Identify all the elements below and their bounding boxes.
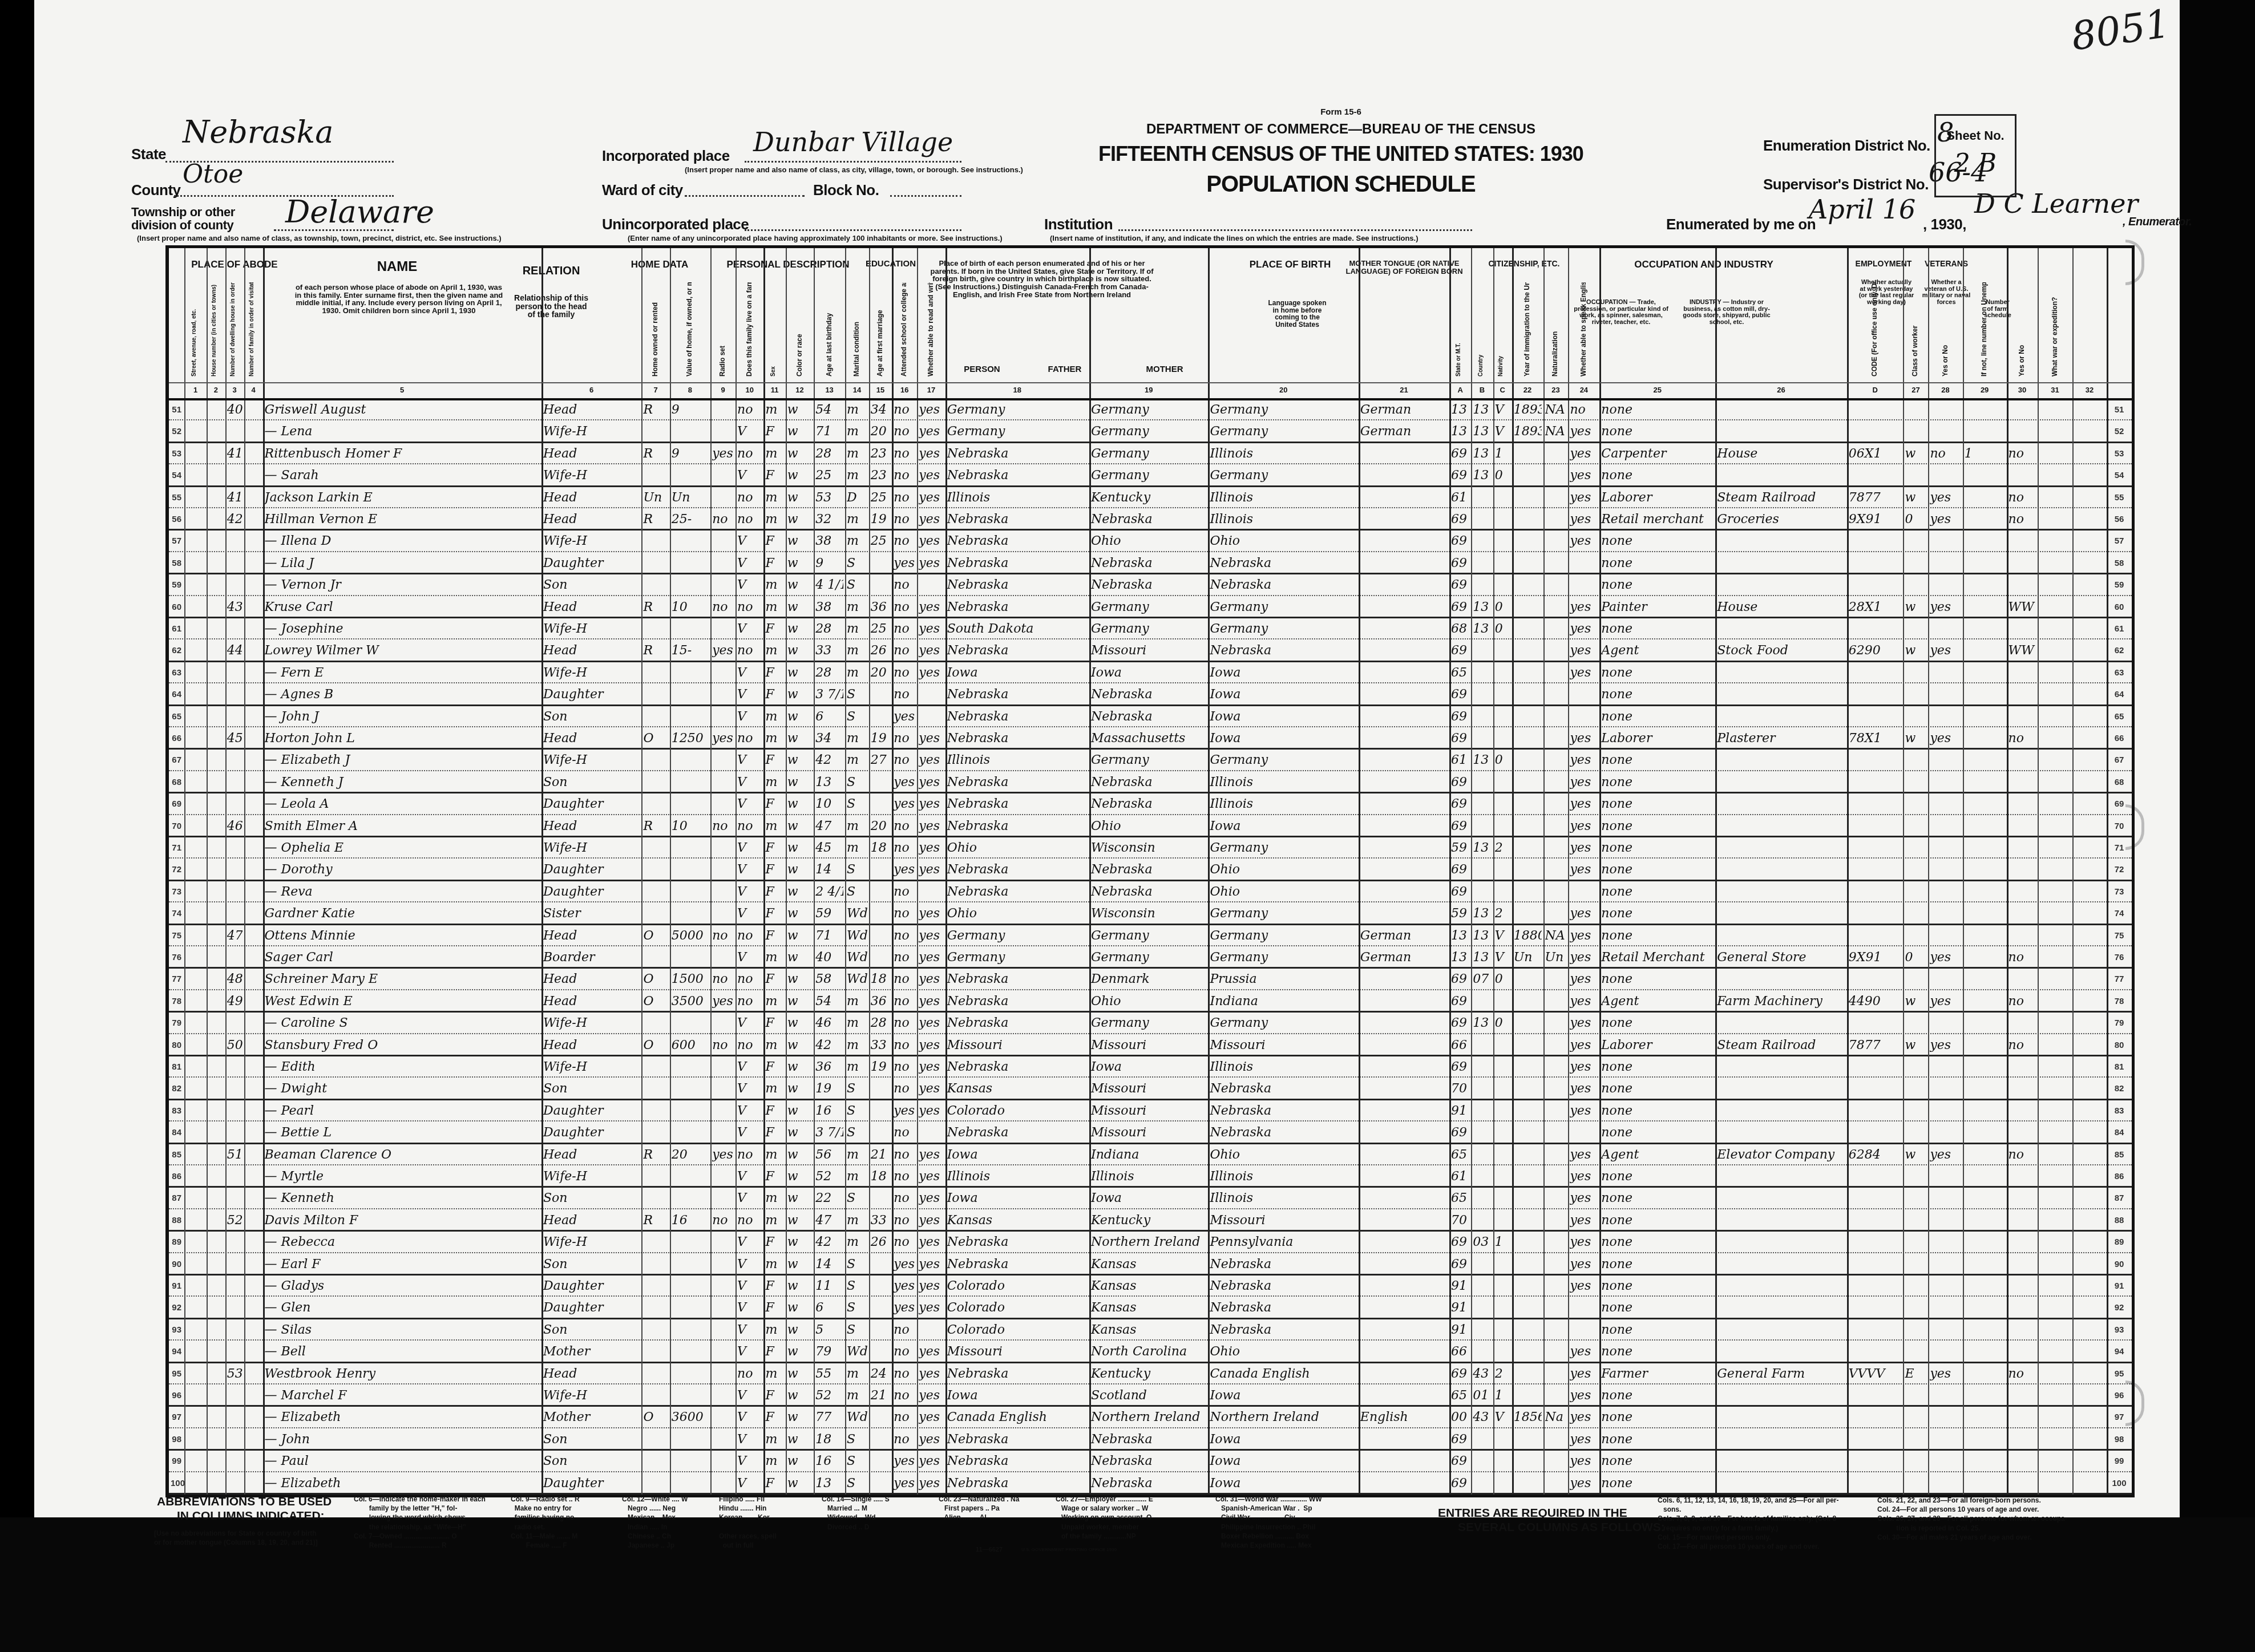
cell-war[interactable] <box>2039 816 2070 837</box>
cell-pb[interactable]: Nebraska <box>947 1122 1088 1144</box>
cell-pb[interactable]: Nebraska <box>947 443 1088 465</box>
cell-a[interactable]: 69 <box>1451 816 1469 837</box>
cell-a[interactable]: 70 <box>1451 1078 1469 1100</box>
cell-c[interactable]: 0 <box>1495 969 1510 990</box>
dwelling-number[interactable]: 41 <box>227 443 243 465</box>
cell-age[interactable]: 18 <box>815 1429 843 1451</box>
cell-code[interactable]: 7877 <box>1849 1035 1902 1056</box>
cell-agem[interactable]: 20 <box>871 662 891 684</box>
cell-read[interactable]: yes <box>919 1276 943 1297</box>
cell-code[interactable] <box>1849 531 1902 552</box>
cell-pb[interactable]: Colorado <box>947 1100 1088 1122</box>
table-row[interactable]: 94— BellMotherVFw79WdnoyesMissouriNorth … <box>169 1341 2132 1363</box>
cell-age[interactable]: 5 <box>815 1319 843 1341</box>
dwelling-number[interactable]: 47 <box>227 925 243 947</box>
cell-occ[interactable]: none <box>1601 969 1714 990</box>
cell-name[interactable]: Davis Milton F <box>265 1210 540 1232</box>
cell-race[interactable]: w <box>787 991 812 1013</box>
cell-farm[interactable]: V <box>737 837 762 859</box>
cell-rel[interactable]: Head <box>543 728 640 750</box>
cell-unemp[interactable] <box>1965 1385 2005 1407</box>
cell-age[interactable]: 32 <box>815 509 843 531</box>
cell-cls[interactable]: w <box>1905 487 1926 509</box>
cell-vet[interactable] <box>2009 925 2036 947</box>
cell-unemp[interactable] <box>1965 837 2005 859</box>
cell-read[interactable]: yes <box>919 1100 943 1122</box>
cell-farm[interactable]: V <box>737 1100 762 1122</box>
cell-name[interactable]: Kruse Carl <box>265 597 540 618</box>
cell-sex[interactable]: F <box>765 1341 783 1363</box>
cell-a[interactable]: 91 <box>1451 1276 1469 1297</box>
cell-nat[interactable] <box>1545 1056 1567 1078</box>
cell-c[interactable] <box>1495 1319 1510 1341</box>
cell-code[interactable]: 9X91 <box>1849 947 1902 969</box>
cell-nat[interactable] <box>1545 1144 1567 1166</box>
cell-work[interactable]: yes <box>1930 947 1961 969</box>
cell-race[interactable]: w <box>787 1341 812 1363</box>
cell-sch[interactable]: yes <box>894 772 915 793</box>
cell-race[interactable]: w <box>787 1122 812 1144</box>
cell-agem[interactable]: 20 <box>871 421 891 443</box>
cell-vet[interactable] <box>2009 1473 2036 1495</box>
table-row[interactable]: 59— Vernon JrSonVmw4 1/12SnoNebraskaNebr… <box>169 574 2132 596</box>
cell-fb[interactable]: Illinois <box>1091 1166 1206 1188</box>
cell-code[interactable] <box>1849 399 1902 421</box>
cell-b[interactable] <box>1473 574 1491 596</box>
cell-code[interactable] <box>1849 1013 1902 1034</box>
cell-eng[interactable]: yes <box>1570 487 1598 509</box>
cell-sch[interactable]: no <box>894 1188 915 1209</box>
cell-work[interactable]: yes <box>1930 509 1961 531</box>
cell-own[interactable]: R <box>643 597 668 618</box>
cell-mar[interactable]: m <box>847 509 867 531</box>
cell-fb[interactable]: Kentucky <box>1091 1363 1206 1385</box>
cell-c[interactable]: 0 <box>1495 750 1510 771</box>
cell-ind[interactable] <box>1717 750 1845 771</box>
cell-code[interactable] <box>1849 881 1902 903</box>
cell-imm[interactable] <box>1514 597 1542 618</box>
cell-occ[interactable]: none <box>1601 1232 1714 1253</box>
cell-b[interactable] <box>1473 531 1491 552</box>
cell-age[interactable]: 42 <box>815 1232 843 1253</box>
cell-farm[interactable]: V <box>737 1078 762 1100</box>
cell-a[interactable]: 65 <box>1451 1144 1469 1166</box>
cell-war[interactable] <box>2039 772 2070 793</box>
cell-sex[interactable]: m <box>765 509 783 531</box>
cell-ind[interactable] <box>1717 1429 1845 1451</box>
cell-ind[interactable] <box>1717 574 1845 596</box>
cell-sex[interactable]: m <box>765 1319 783 1341</box>
cell-ind[interactable] <box>1717 421 1845 443</box>
cell-val[interactable]: 10 <box>672 816 709 837</box>
cell-agem[interactable] <box>871 925 891 947</box>
cell-imm[interactable] <box>1514 706 1542 728</box>
cell-cls[interactable] <box>1905 969 1926 990</box>
dwelling-number[interactable]: 44 <box>227 640 243 662</box>
cell-tongue[interactable] <box>1360 662 1448 684</box>
cell-name[interactable]: — Bettie L <box>265 1122 540 1144</box>
cell-val[interactable]: 3500 <box>672 991 709 1013</box>
cell-nat[interactable] <box>1545 1078 1567 1100</box>
cell-c[interactable]: 0 <box>1495 597 1510 618</box>
cell-name[interactable]: Smith Elmer A <box>265 816 540 837</box>
cell-imm[interactable]: 1893 <box>1514 399 1542 421</box>
cell-own[interactable] <box>643 947 668 969</box>
cell-a[interactable]: 59 <box>1451 837 1469 859</box>
cell-c[interactable] <box>1495 859 1510 881</box>
cell-farm[interactable]: no <box>737 1035 762 1056</box>
table-row[interactable]: 96— Marchel FWife-HVFw52m21noyesIowaScot… <box>169 1385 2132 1407</box>
cell-a[interactable]: 69 <box>1451 728 1469 750</box>
cell-radio[interactable] <box>712 1188 734 1209</box>
cell-mb[interactable]: Ohio <box>1210 881 1356 903</box>
table-row[interactable]: 64— Agnes BDaughterVFw3 7/12SnoNebraskaN… <box>169 684 2132 706</box>
cell-unemp[interactable] <box>1965 1013 2005 1034</box>
cell-agem[interactable] <box>871 706 891 728</box>
cell-work[interactable] <box>1930 465 1961 487</box>
cell-name[interactable]: Griswell August <box>265 399 540 421</box>
cell-a[interactable]: 69 <box>1451 1451 1469 1472</box>
cell-b[interactable] <box>1473 1035 1491 1056</box>
cell-sch[interactable]: yes <box>894 1297 915 1319</box>
table-row[interactable]: 5642Hillman Vernon EHeadR25-nonomw32m19n… <box>169 509 2132 531</box>
cell-nat[interactable]: NA <box>1545 925 1567 947</box>
cell-unemp[interactable] <box>1965 969 2005 990</box>
cell-mb[interactable]: Germany <box>1210 925 1356 947</box>
cell-rel[interactable]: Wife-H <box>543 1232 640 1253</box>
cell-read[interactable]: yes <box>919 1166 943 1188</box>
cell-read[interactable]: yes <box>919 1035 943 1056</box>
cell-occ[interactable]: none <box>1601 859 1714 881</box>
cell-sch[interactable]: no <box>894 1210 915 1232</box>
cell-own[interactable] <box>643 1297 668 1319</box>
cell-occ[interactable]: none <box>1601 662 1714 684</box>
cell-occ[interactable]: none <box>1601 1254 1714 1276</box>
cell-race[interactable]: w <box>787 574 812 596</box>
cell-occ[interactable]: Agent <box>1601 991 1714 1013</box>
cell-eng[interactable]: yes <box>1570 618 1598 640</box>
cell-code[interactable] <box>1849 662 1902 684</box>
cell-cls[interactable] <box>1905 421 1926 443</box>
cell-imm[interactable] <box>1514 1297 1542 1319</box>
cell-a[interactable]: 13 <box>1451 399 1469 421</box>
cell-c[interactable] <box>1495 640 1510 662</box>
cell-eng[interactable]: yes <box>1570 1188 1598 1209</box>
cell-race[interactable]: w <box>787 793 812 815</box>
cell-age[interactable]: 52 <box>815 1385 843 1407</box>
cell-vet[interactable] <box>2009 881 2036 903</box>
cell-imm[interactable] <box>1514 1013 1542 1034</box>
cell-mb[interactable]: Nebraska <box>1210 1122 1356 1144</box>
cell-fb[interactable]: Kentucky <box>1091 487 1206 509</box>
cell-tongue[interactable] <box>1360 1363 1448 1385</box>
cell-tongue[interactable] <box>1360 531 1448 552</box>
cell-fb[interactable]: Scotland <box>1091 1385 1206 1407</box>
cell-rel[interactable]: Daughter <box>543 1122 640 1144</box>
cell-a[interactable]: 69 <box>1451 772 1469 793</box>
cell-imm[interactable] <box>1514 662 1542 684</box>
cell-race[interactable]: w <box>787 881 812 903</box>
cell-fb[interactable]: Germany <box>1091 947 1206 969</box>
cell-mar[interactable]: S <box>847 859 867 881</box>
cell-agem[interactable]: 18 <box>871 1166 891 1188</box>
cell-farm[interactable]: V <box>737 1319 762 1341</box>
cell-tongue[interactable] <box>1360 728 1448 750</box>
cell-farm[interactable]: V <box>737 1341 762 1363</box>
cell-mb[interactable]: Germany <box>1210 837 1356 859</box>
cell-own[interactable] <box>643 881 668 903</box>
cell-nat[interactable] <box>1545 662 1567 684</box>
cell-read[interactable]: yes <box>919 837 943 859</box>
cell-name[interactable]: — Vernon Jr <box>265 574 540 596</box>
cell-rel[interactable]: Mother <box>543 1341 640 1363</box>
dwelling-number[interactable]: 40 <box>227 399 243 421</box>
cell-pb[interactable]: Colorado <box>947 1276 1088 1297</box>
cell-read[interactable]: yes <box>919 443 943 465</box>
cell-agem[interactable] <box>871 1451 891 1472</box>
cell-fb[interactable]: Nebraska <box>1091 859 1206 881</box>
cell-sex[interactable]: m <box>765 1429 783 1451</box>
cell-name[interactable]: — Elizabeth <box>265 1473 540 1495</box>
cell-mar[interactable]: m <box>847 465 867 487</box>
cell-unemp[interactable] <box>1965 597 2005 618</box>
cell-work[interactable] <box>1930 706 1961 728</box>
cell-age[interactable]: 77 <box>815 1407 843 1428</box>
cell-unemp[interactable] <box>1965 1144 2005 1166</box>
cell-mar[interactable]: m <box>847 991 867 1013</box>
table-row[interactable]: 92— GlenDaughterVFw6SyesyesColoradoKansa… <box>169 1297 2132 1319</box>
cell-own[interactable] <box>643 1319 668 1341</box>
cell-c[interactable]: 2 <box>1495 1363 1510 1385</box>
cell-work[interactable]: no <box>1930 443 1961 465</box>
cell-fb[interactable]: Missouri <box>1091 640 1206 662</box>
cell-farm[interactable]: V <box>737 531 762 552</box>
cell-c[interactable] <box>1495 1210 1510 1232</box>
cell-name[interactable]: Westbrook Henry <box>265 1363 540 1385</box>
cell-read[interactable]: yes <box>919 1144 943 1166</box>
cell-own[interactable] <box>643 1451 668 1472</box>
cell-c[interactable] <box>1495 662 1510 684</box>
cell-sex[interactable]: F <box>765 684 783 706</box>
cell-sex[interactable]: F <box>765 837 783 859</box>
cell-mb[interactable]: Nebraska <box>1210 1254 1356 1276</box>
table-row[interactable]: 63— Fern EWife-HVFw28m20noyesIowaIowaIow… <box>169 662 2132 683</box>
cell-name[interactable]: — Earl F <box>265 1254 540 1276</box>
cell-pb[interactable]: Canada English <box>947 1407 1088 1428</box>
cell-work[interactable] <box>1930 881 1961 903</box>
cell-radio[interactable]: no <box>712 1035 734 1056</box>
cell-eng[interactable]: yes <box>1570 947 1598 969</box>
cell-name[interactable]: — Reva <box>265 881 540 903</box>
cell-val[interactable] <box>672 618 709 640</box>
cell-c[interactable]: 0 <box>1495 1013 1510 1034</box>
cell-nat[interactable]: Un <box>1545 947 1567 969</box>
cell-sch[interactable]: no <box>894 662 915 684</box>
cell-imm[interactable] <box>1514 816 1542 837</box>
dwelling-number[interactable] <box>227 1166 243 1188</box>
cell-val[interactable]: Un <box>672 487 709 509</box>
cell-sch[interactable]: no <box>894 1319 915 1341</box>
cell-val[interactable] <box>672 574 709 596</box>
cell-sch[interactable]: no <box>894 903 915 925</box>
cell-tongue[interactable] <box>1360 1188 1448 1209</box>
cell-race[interactable]: w <box>787 837 812 859</box>
cell-name[interactable]: — Josephine <box>265 618 540 640</box>
cell-cls[interactable]: w <box>1905 1035 1926 1056</box>
cell-eng[interactable] <box>1570 706 1598 728</box>
cell-c[interactable] <box>1495 574 1510 596</box>
cell-c[interactable]: 2 <box>1495 837 1510 859</box>
cell-vet[interactable] <box>2009 903 2036 925</box>
cell-vet[interactable] <box>2009 1319 2036 1341</box>
cell-occ[interactable]: none <box>1601 684 1714 706</box>
cell-code[interactable] <box>1849 837 1902 859</box>
cell-b[interactable]: 13 <box>1473 465 1491 487</box>
cell-a[interactable]: 70 <box>1451 1210 1469 1232</box>
cell-vet[interactable] <box>2009 793 2036 815</box>
cell-eng[interactable]: yes <box>1570 925 1598 947</box>
cell-sch[interactable]: no <box>894 969 915 990</box>
cell-cls[interactable] <box>1905 1210 1926 1232</box>
table-row[interactable]: 93— SilasSonVmw5SnoColoradoKansasNebrask… <box>169 1319 2132 1341</box>
cell-val[interactable]: 16 <box>672 1210 709 1232</box>
table-row[interactable]: 9553Westbrook HenryHeadnomw55m24noyesNeb… <box>169 1363 2132 1384</box>
cell-mb[interactable]: Illinois <box>1210 1056 1356 1078</box>
cell-code[interactable] <box>1849 706 1902 728</box>
cell-read[interactable] <box>919 881 943 903</box>
cell-rel[interactable]: Daughter <box>543 684 640 706</box>
cell-imm[interactable] <box>1514 1056 1542 1078</box>
cell-occ[interactable]: Agent <box>1601 1144 1714 1166</box>
cell-agem[interactable] <box>871 1319 891 1341</box>
cell-vet[interactable] <box>2009 772 2036 793</box>
cell-work[interactable] <box>1930 1188 1961 1209</box>
cell-war[interactable] <box>2039 1056 2070 1078</box>
cell-age[interactable]: 25 <box>815 465 843 487</box>
cell-a[interactable]: 69 <box>1451 640 1469 662</box>
cell-sch[interactable]: no <box>894 1429 915 1451</box>
cell-pb[interactable]: Nebraska <box>947 465 1088 487</box>
cell-vet[interactable] <box>2009 1100 2036 1122</box>
table-row[interactable]: 7046Smith Elmer AHeadR10nonomw47m20noyes… <box>169 816 2132 837</box>
table-row[interactable]: 98— JohnSonVmw18SnoyesNebraskaNebraskaIo… <box>169 1429 2132 1451</box>
cell-war[interactable] <box>2039 1232 2070 1253</box>
cell-nat[interactable] <box>1545 1254 1567 1276</box>
cell-tongue[interactable] <box>1360 684 1448 706</box>
cell-cls[interactable] <box>1905 1254 1926 1276</box>
cell-radio[interactable] <box>712 553 734 574</box>
cell-occ[interactable]: Retail Merchant <box>1601 947 1714 969</box>
cell-fb[interactable]: Kansas <box>1091 1297 1206 1319</box>
dwelling-number[interactable] <box>227 947 243 969</box>
cell-c[interactable] <box>1495 509 1510 531</box>
cell-val[interactable]: 9 <box>672 399 709 421</box>
cell-ind[interactable] <box>1717 1407 1845 1428</box>
cell-war[interactable] <box>2039 1407 2070 1428</box>
cell-race[interactable]: w <box>787 947 812 969</box>
cell-mb[interactable]: Nebraska <box>1210 574 1356 596</box>
cell-own[interactable] <box>643 750 668 771</box>
cell-mb[interactable]: Iowa <box>1210 816 1356 837</box>
cell-radio[interactable] <box>712 706 734 728</box>
cell-read[interactable]: yes <box>919 465 943 487</box>
cell-rel[interactable]: Head <box>543 597 640 618</box>
cell-mar[interactable]: m <box>847 618 867 640</box>
cell-war[interactable] <box>2039 859 2070 881</box>
cell-mb[interactable]: Canada English <box>1210 1363 1356 1385</box>
cell-own[interactable]: O <box>643 728 668 750</box>
cell-sch[interactable]: no <box>894 1341 915 1363</box>
cell-c[interactable] <box>1495 1276 1510 1297</box>
dwelling-number[interactable] <box>227 903 243 925</box>
cell-ind[interactable]: Elevator Company <box>1717 1144 1845 1166</box>
cell-code[interactable] <box>1849 859 1902 881</box>
cell-age[interactable]: 13 <box>815 772 843 793</box>
cell-farm[interactable]: V <box>737 1122 762 1144</box>
cell-fb[interactable]: Wisconsin <box>1091 903 1206 925</box>
cell-ind[interactable] <box>1717 793 1845 815</box>
cell-read[interactable] <box>919 1319 943 1341</box>
cell-unemp[interactable] <box>1965 399 2005 421</box>
cell-fb[interactable]: Nebraska <box>1091 509 1206 531</box>
cell-sex[interactable]: m <box>765 728 783 750</box>
dwelling-number[interactable] <box>227 1276 243 1297</box>
cell-a[interactable]: 69 <box>1451 881 1469 903</box>
dwelling-number[interactable] <box>227 750 243 771</box>
cell-war[interactable] <box>2039 509 2070 531</box>
table-row[interactable]: 6244Lowrey Wilmer WHeadR15-yesnomw33m26n… <box>169 640 2132 662</box>
cell-race[interactable]: w <box>787 706 812 728</box>
cell-work[interactable] <box>1930 859 1961 881</box>
cell-sex[interactable]: m <box>765 1210 783 1232</box>
cell-name[interactable]: Rittenbusch Homer F <box>265 443 540 465</box>
cell-farm[interactable]: V <box>737 793 762 815</box>
cell-sch[interactable]: no <box>894 640 915 662</box>
cell-c[interactable]: 0 <box>1495 618 1510 640</box>
cell-c[interactable] <box>1495 1035 1510 1056</box>
cell-agem[interactable]: 19 <box>871 509 891 531</box>
cell-radio[interactable] <box>712 465 734 487</box>
cell-code[interactable] <box>1849 465 1902 487</box>
cell-farm[interactable]: V <box>737 859 762 881</box>
cell-rel[interactable]: Wife-H <box>543 837 640 859</box>
cell-ind[interactable]: Stock Food <box>1717 640 1845 662</box>
cell-sch[interactable]: no <box>894 399 915 421</box>
cell-vet[interactable] <box>2009 1232 2036 1253</box>
cell-code[interactable] <box>1849 1429 1902 1451</box>
cell-fb[interactable]: Denmark <box>1091 969 1206 990</box>
cell-agem[interactable] <box>871 772 891 793</box>
cell-read[interactable]: yes <box>919 597 943 618</box>
cell-race[interactable]: w <box>787 1297 812 1319</box>
cell-age[interactable]: 11 <box>815 1276 843 1297</box>
cell-read[interactable]: yes <box>919 1429 943 1451</box>
cell-age[interactable]: 3 7/12 <box>815 1122 843 1144</box>
cell-agem[interactable]: 19 <box>871 1056 891 1078</box>
cell-a[interactable]: 69 <box>1451 553 1469 574</box>
cell-occ[interactable]: none <box>1601 793 1714 815</box>
cell-imm[interactable] <box>1514 1166 1542 1188</box>
cell-own[interactable] <box>643 1254 668 1276</box>
cell-mb[interactable]: Germany <box>1210 618 1356 640</box>
cell-radio[interactable] <box>712 1319 734 1341</box>
table-row[interactable]: 91— GladysDaughterVFw11SyesyesColoradoKa… <box>169 1276 2132 1297</box>
cell-val[interactable] <box>672 903 709 925</box>
cell-b[interactable] <box>1473 1429 1491 1451</box>
dwelling-number[interactable] <box>227 1078 243 1100</box>
cell-eng[interactable]: yes <box>1570 1078 1598 1100</box>
cell-unemp[interactable] <box>1965 1407 2005 1428</box>
